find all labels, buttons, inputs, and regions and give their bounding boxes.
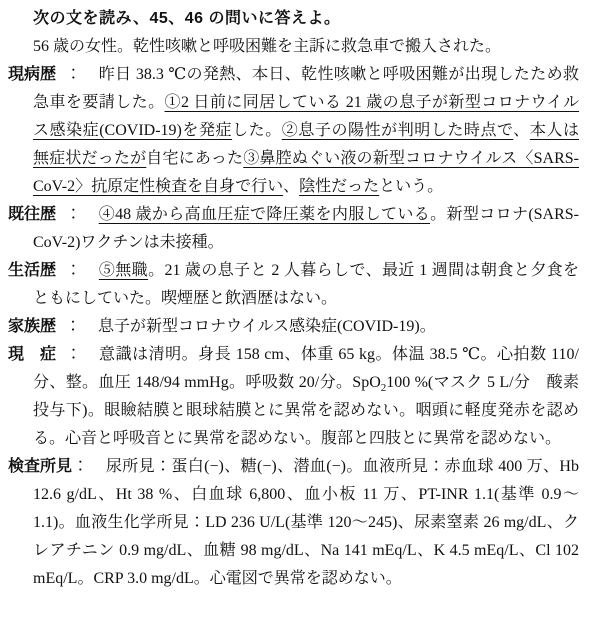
section-content: ④48 歳から高血圧症で降圧薬を内服している。新型コロナ(SARS-CoV-2)… [33,206,579,251]
section-present-illness: 現病歴：昨日 38.3 ℃の発熱、本日、乾性咳嗽と呼吸困難が出現したため救急車を… [33,61,579,201]
section-content: 昨日 38.3 ℃の発熱、本日、乾性咳嗽と呼吸困難が出現したため救急車を要請した… [33,66,579,195]
section-label: 生活歴 [8,257,65,285]
underlined-text-run: 陰性だった [299,178,379,195]
section-colon: ： [65,346,82,363]
text-run: という。 [379,178,443,195]
section-life-history: 生活歴：⑤無職。21 歳の息子と 2 人暮らしで、最近 1 週間は朝食と夕食をと… [33,257,579,313]
section-family-history: 家族歴：息子が新型コロナウイルス感染症(COVID-19)。 [33,313,579,341]
exam-document-page: 次の文を読み、45、46 の問いに答えよ。 56 歳の女性。乾性咳嗽と呼吸困難を… [0,0,589,638]
text-run: 、 [513,122,530,139]
text-run: 自宅にあった [146,150,243,167]
section-current-status: 現 症：意識は清明。身長 158 cm、体重 65 kg。体温 38.5 ℃。心… [33,341,579,453]
section-label: 既往歴 [8,201,65,229]
section-content: 意識は清明。身長 158 cm、体重 65 kg。体温 38.5 ℃。心拍数 1… [33,346,579,447]
case-summary: 56 歳の女性。乾性咳嗽と呼吸困難を主訴に救急車で搬入された。 [33,33,579,61]
section-content: 息子が新型コロナウイルス感染症(COVID-19)。 [98,318,436,335]
section-content: ⑤無職。21 歳の息子と 2 人暮らしで、最近 1 週間は朝食と夕食をともにして… [33,262,579,307]
underlined-text-run: ④48 歳から高血圧症で降圧薬を内服している [99,206,430,223]
section-colon: ： [65,206,82,223]
section-lab-findings: 検査所見：尿所見：蛋白(−)、糖(−)、潜血(−)。血液所見：赤血球 400 万… [33,453,579,593]
section-label: 現病歴 [8,61,65,89]
underlined-text-run: ⑤無職 [99,262,148,279]
section-colon: ： [65,262,82,279]
section-colon: ： [72,458,89,475]
text-run: した。 [232,122,282,139]
section-content: 尿所見：蛋白(−)、糖(−)、潜血(−)。血液所見：赤血球 400 万、Hb 1… [33,458,579,587]
section-label: 検査所見 [8,453,72,481]
text-run: 尿所見：蛋白(−)、糖(−)、潜血(−)。血液所見：赤血球 400 万、Hb 1… [33,458,579,587]
section-label: 家族歴 [8,313,65,341]
underlined-text-run: ②息子の陽性が判明した時点で [282,122,514,139]
section-label: 現 症 [8,341,65,369]
section-colon: ： [65,66,82,83]
section-past-history: 既往歴：④48 歳から高血圧症で降圧薬を内服している。新型コロナ(SARS-Co… [33,201,579,257]
question-instruction: 次の文を読み、45、46 の問いに答えよ。 [33,5,579,33]
section-colon: ： [65,318,81,335]
text-run: 、 [283,178,299,195]
text-run: 息子が新型コロナウイルス感染症(COVID-19)。 [98,318,436,335]
